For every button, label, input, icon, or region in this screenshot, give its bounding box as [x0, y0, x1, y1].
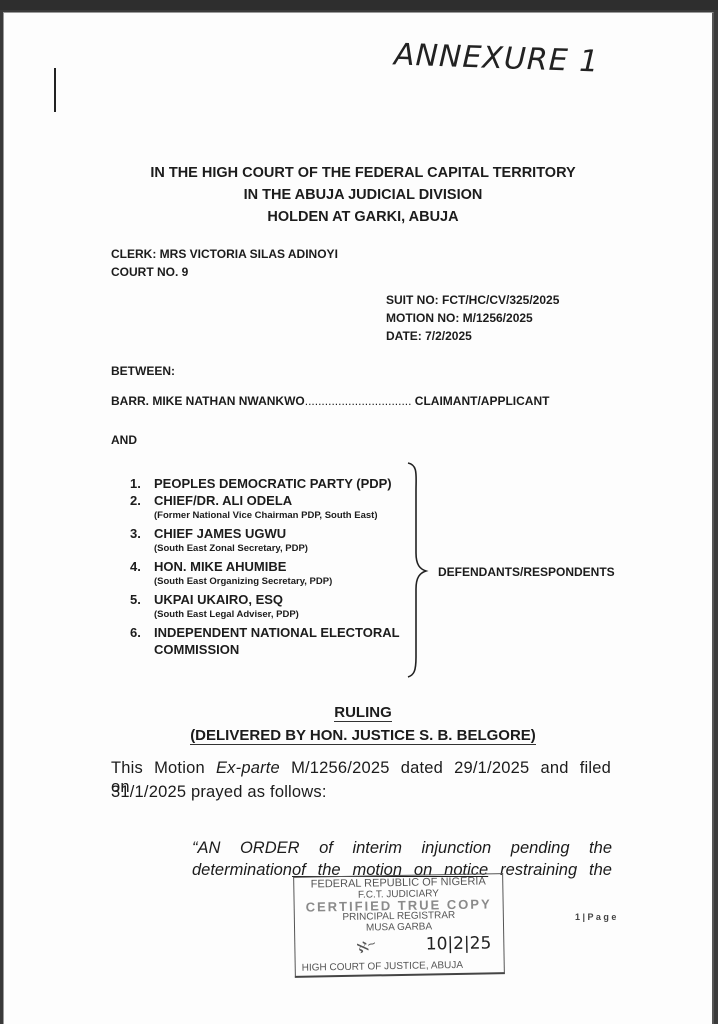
- between-label: BETWEEN:: [111, 364, 175, 378]
- defendant-number: 2.: [130, 492, 154, 509]
- defendant-name: HON. MIKE AHUMIBE: [154, 558, 286, 575]
- document-date: DATE: 7/2/2025: [386, 329, 472, 343]
- defendant-item: 3.CHIEF JAMES UGWU: [130, 525, 400, 542]
- defendant-item: 1.PEOPLES DEMOCRATIC PARTY (PDP): [130, 475, 400, 492]
- defendant-number: 3.: [130, 525, 154, 542]
- claimant-role: CLAIMANT/APPLICANT: [415, 394, 550, 408]
- defendant-item: 5.UKPAI UKAIRO, ESQ: [130, 591, 400, 608]
- defendant-name: COMMISSION: [154, 641, 239, 658]
- defendant-name: PEOPLES DEMOCRATIC PARTY (PDP): [154, 475, 392, 492]
- signature-icon: ℵ~: [356, 938, 377, 955]
- ruling-title: RULING: [4, 704, 718, 721]
- defendant-title: (South East Organizing Secretary, PDP): [130, 575, 400, 589]
- handwritten-annexure-label: ANNEXURE 1: [393, 37, 599, 79]
- curly-brace-icon: [404, 461, 434, 679]
- court-header-line1: IN THE HIGH COURT OF THE FEDERAL CAPITAL…: [4, 165, 718, 181]
- quote-text-segment: restraining the: [488, 861, 612, 879]
- ruling-delivered-by-text: (DELIVERED BY HON. JUSTICE S. B. BELGORE…: [190, 727, 536, 745]
- defendant-number: 1.: [130, 475, 154, 492]
- viewer-top-bar: [0, 0, 718, 10]
- and-label: AND: [111, 433, 137, 447]
- quote-line1: “AN ORDER of interim injunction pending …: [192, 839, 612, 858]
- clerk-text: CLERK: MRS VICTORIA SILAS ADINOYI: [111, 247, 338, 261]
- stamp-date: 10|2|25: [426, 938, 492, 950]
- stamp-line5: MUSA GARBA: [295, 920, 503, 935]
- defendant-name: UKPAI UKAIRO, ESQ: [154, 591, 283, 608]
- court-header-line3: HOLDEN AT GARKI, ABUJA: [4, 209, 718, 225]
- defendant-title: (South East Zonal Secretary, PDP): [130, 542, 400, 556]
- suit-number: SUIT NO: FCT/HC/CV/325/2025: [386, 293, 559, 307]
- court-header-line2: IN THE ABUJA JUDICIAL DIVISION: [4, 187, 718, 203]
- defendant-number: 5.: [130, 591, 154, 608]
- defendant-name: INDEPENDENT NATIONAL ELECTORAL: [154, 624, 400, 641]
- defendant-name: CHIEF/DR. ALI ODELA: [154, 492, 292, 509]
- defendant-title: (South East Legal Adviser, PDP): [130, 608, 400, 622]
- margin-mark: [54, 68, 56, 112]
- ruling-title-text: RULING: [334, 704, 392, 722]
- defendant-item: 2.CHIEF/DR. ALI ODELA: [130, 492, 400, 509]
- document-page: ANNEXURE 1 IN THE HIGH COURT OF THE FEDE…: [3, 12, 714, 1024]
- stamp-bottom: HIGH COURT OF JUSTICE, ABUJA: [302, 960, 463, 974]
- defendant-list: 1.PEOPLES DEMOCRATIC PARTY (PDP)2.CHIEF/…: [130, 475, 400, 658]
- defendant-item: 4.HON. MIKE AHUMIBE: [130, 558, 400, 575]
- ruling-delivered-by: (DELIVERED BY HON. JUSTICE S. B. BELGORE…: [4, 727, 718, 744]
- motion-number: MOTION NO: M/1256/2025: [386, 311, 533, 325]
- body-paragraph-line2: 31/1/2025 prayed as follows:: [111, 783, 327, 802]
- certified-true-copy-stamp: FEDERAL REPUBLIC OF NIGERIA F.C.T. JUDIC…: [293, 873, 505, 978]
- page-number: 1 | P a g e: [575, 912, 616, 922]
- claimant-leader-dots: ................................: [305, 394, 412, 408]
- defendant-number: 6.: [130, 624, 154, 641]
- quote-text-segment: determination: [192, 861, 292, 879]
- body-text-segment: This Motion: [111, 759, 216, 777]
- defendant-title: (Former National Vice Chairman PDP, Sout…: [130, 509, 400, 523]
- clerk-line: CLERK: MRS VICTORIA SILAS ADINOYI: [111, 247, 338, 261]
- defendant-name: CHIEF JAMES UGWU: [154, 525, 286, 542]
- defendants-role: DEFENDANTS/RESPONDENTS: [438, 565, 615, 579]
- defendant-item: 6.INDEPENDENT NATIONAL ELECTORAL: [130, 624, 400, 641]
- court-number: COURT NO. 9: [111, 265, 188, 279]
- defendant-item: COMMISSION: [130, 641, 400, 658]
- defendant-number: 4.: [130, 558, 154, 575]
- claimant-name: BARR. MIKE NATHAN NWANKWO: [111, 394, 305, 408]
- claimant-line: BARR. MIKE NATHAN NWANKWO...............…: [111, 394, 549, 408]
- body-text-italic: Ex-parte: [216, 759, 280, 777]
